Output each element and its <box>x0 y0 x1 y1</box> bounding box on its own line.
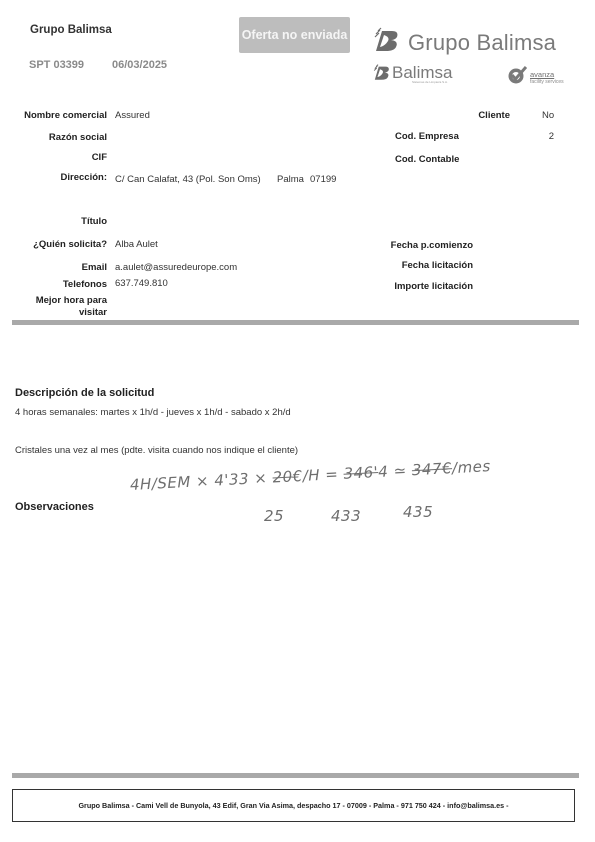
observaciones-label: Observaciones <box>15 501 94 513</box>
avanza-name: avanza <box>530 71 564 79</box>
document-date: 06/03/2025 <box>112 59 167 71</box>
cod-empresa-value: 2 <box>520 131 554 142</box>
avanza-check-icon <box>507 66 527 89</box>
nombre-comercial-label: Nombre comercial <box>0 110 107 121</box>
grupo-balimsa-logo: Grupo Balimsa <box>372 27 556 58</box>
quien-solicita-label: ¿Quién solicita? <box>0 239 107 250</box>
handwritten-struck: 20 <box>272 467 293 486</box>
cliente-value: No <box>542 110 554 121</box>
direccion-value: C/ Can Calafat, 43 (Pol. Son Oms) <box>115 174 261 185</box>
razon-social-label: Razón social <box>0 132 107 143</box>
handwritten-struck: 346' <box>343 463 379 483</box>
cod-empresa-label: Cod. Empresa <box>395 131 459 142</box>
company-name: Grupo Balimsa <box>30 24 112 36</box>
mejor-hora-label-line2: visitar <box>0 307 107 319</box>
footer-address: Grupo Balimsa - Cami Vell de Bunyola, 43… <box>12 789 575 822</box>
fecha-licitacion-label: Fecha licitación <box>370 260 473 271</box>
balimsa-b-icon <box>372 27 402 58</box>
balimsa-logo: Balimsa Sistemas de Limpieza S.A. <box>372 64 452 86</box>
email-value: a.aulet@assuredeurope.com <box>115 262 237 273</box>
handwritten-struck: 347€ <box>411 459 452 479</box>
cliente-label: Cliente <box>440 110 510 121</box>
handwritten-part: 4 ≃ <box>378 461 413 481</box>
nombre-comercial-value: Assured <box>115 110 150 121</box>
telefonos-label: Telefonos <box>0 279 107 290</box>
direccion-label: Dirección: <box>0 172 107 183</box>
fecha-comienzo-label: Fecha p.comienzo <box>370 240 473 251</box>
status-badge: Oferta no enviada <box>239 17 350 53</box>
cif-label: CIF <box>0 152 107 163</box>
handwritten-correction-3: 435 <box>403 503 433 521</box>
avanza-logo: avanza facility services <box>507 66 564 89</box>
reference-number: SPT 03399 <box>29 59 84 71</box>
titulo-label: Título <box>0 216 107 227</box>
cp-value: 07199 <box>310 174 336 185</box>
handwritten-part: /mes <box>452 457 492 477</box>
telefonos-value: 637.749.810 <box>115 278 168 289</box>
section-divider-bottom <box>12 773 579 778</box>
handwritten-part: €/H = <box>292 465 344 486</box>
mejor-hora-label-line1: Mejor hora para <box>0 295 107 307</box>
handwritten-correction-1: 25 <box>264 507 284 525</box>
descripcion-title: Descripción de la solicitud <box>15 387 154 399</box>
logo-sub-tagline: Sistemas de Limpieza S.A. <box>412 80 452 84</box>
cod-contable-label: Cod. Contable <box>395 154 459 165</box>
mejor-hora-label: Mejor hora para visitar <box>0 295 107 319</box>
logo-main-text: Grupo Balimsa <box>408 30 556 56</box>
handwritten-correction-2: 433 <box>331 507 361 525</box>
section-divider-top <box>12 320 579 325</box>
avanza-tagline: facility services <box>530 79 564 85</box>
handwritten-note-line-1: 4H/SEM × 4'33 × 20€/H = 346'4 ≃ 347€/mes <box>130 457 492 494</box>
handwritten-part: 4H/SEM × 4'33 × <box>130 469 274 494</box>
logo-sub-text: Balimsa <box>392 64 452 81</box>
descripcion-line-1: 4 horas semanales: martes x 1h/d - jueve… <box>15 407 291 418</box>
quien-solicita-value: Alba Aulet <box>115 239 158 250</box>
ciudad-value: Palma <box>277 174 304 185</box>
balimsa-b-small-icon <box>372 64 392 86</box>
descripcion-line-2: Cristales una vez al mes (pdte. visita c… <box>15 445 298 456</box>
importe-licitacion-label: Importe licitación <box>370 281 473 292</box>
email-label: Email <box>0 262 107 273</box>
